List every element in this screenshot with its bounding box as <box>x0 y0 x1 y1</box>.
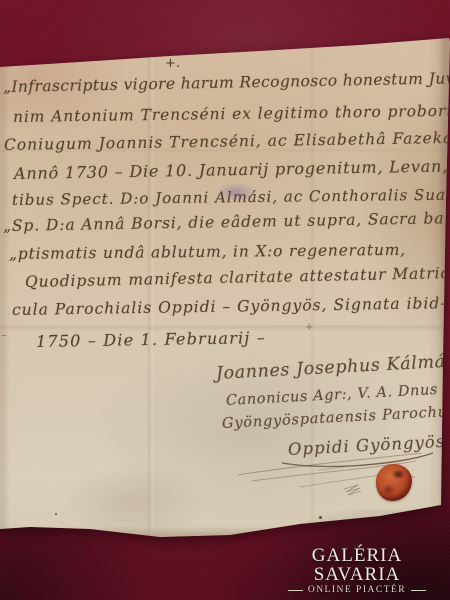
manuscript-line-6: „Sp. D:a Annâ Borsi, die eâdem ut supra,… <box>3 209 450 235</box>
watermark-dash-left <box>288 590 303 591</box>
watermark-subtitle-row: ONLINE PIACTÉR <box>272 586 442 596</box>
manuscript-date-line: 1750 – Die 1. Februarij – <box>36 328 266 351</box>
pencil-dash-mark: – <box>1 328 7 342</box>
manuscript-line-3: Coniugum Joannis Trencséni, ac Elisabeth… <box>4 129 450 154</box>
manuscript-line-8: Quodipsum manifesta claritate attestatur… <box>25 264 450 291</box>
document-photo: +. „Infrascriptus vigore harum Recognosc… <box>0 0 450 600</box>
manuscript-line-9: cula Parochialis Oppidi – Gyöngyös, Sign… <box>12 294 449 319</box>
manuscript-line-4: Annô 1730 – Die 10. Januarij progenitum,… <box>14 156 450 183</box>
pencil-plus-mark: + <box>305 322 313 333</box>
paper-sheet: +. „Infrascriptus vigore harum Recognosc… <box>0 0 450 540</box>
signature-title-line-2: Gyöngyöspataensis Parochus <box>222 404 450 432</box>
signature-title-line-1: Canonicus Agr:, V. A. Dnus <box>226 382 439 409</box>
manuscript-line-2: nim Antonium Trencséni ex legitimo thoro… <box>13 102 450 126</box>
signature-name: Joannes Josephus Kálmán <box>215 351 450 384</box>
ink-smudge <box>216 183 256 202</box>
manuscript-line-7: „ptismatis undâ ablutum, in X:o regenera… <box>9 241 406 263</box>
ink-speck <box>55 513 57 515</box>
watermark-subtitle: ONLINE PIACTÉR <box>308 586 406 596</box>
red-wax-seal <box>376 464 412 501</box>
watermark-title: GALÉRIA SAVARIA <box>272 546 442 584</box>
cross-mark: +. <box>165 56 180 71</box>
watermark-dash-right <box>411 590 426 591</box>
manuscript-line-1: „Infrascriptus vigore harum Recognosco h… <box>3 69 450 96</box>
signature-place-line: Oppidi Gyöngyös <box>288 432 446 459</box>
watermark: GALÉRIA SAVARIA ONLINE PIACTÉR <box>272 546 442 596</box>
